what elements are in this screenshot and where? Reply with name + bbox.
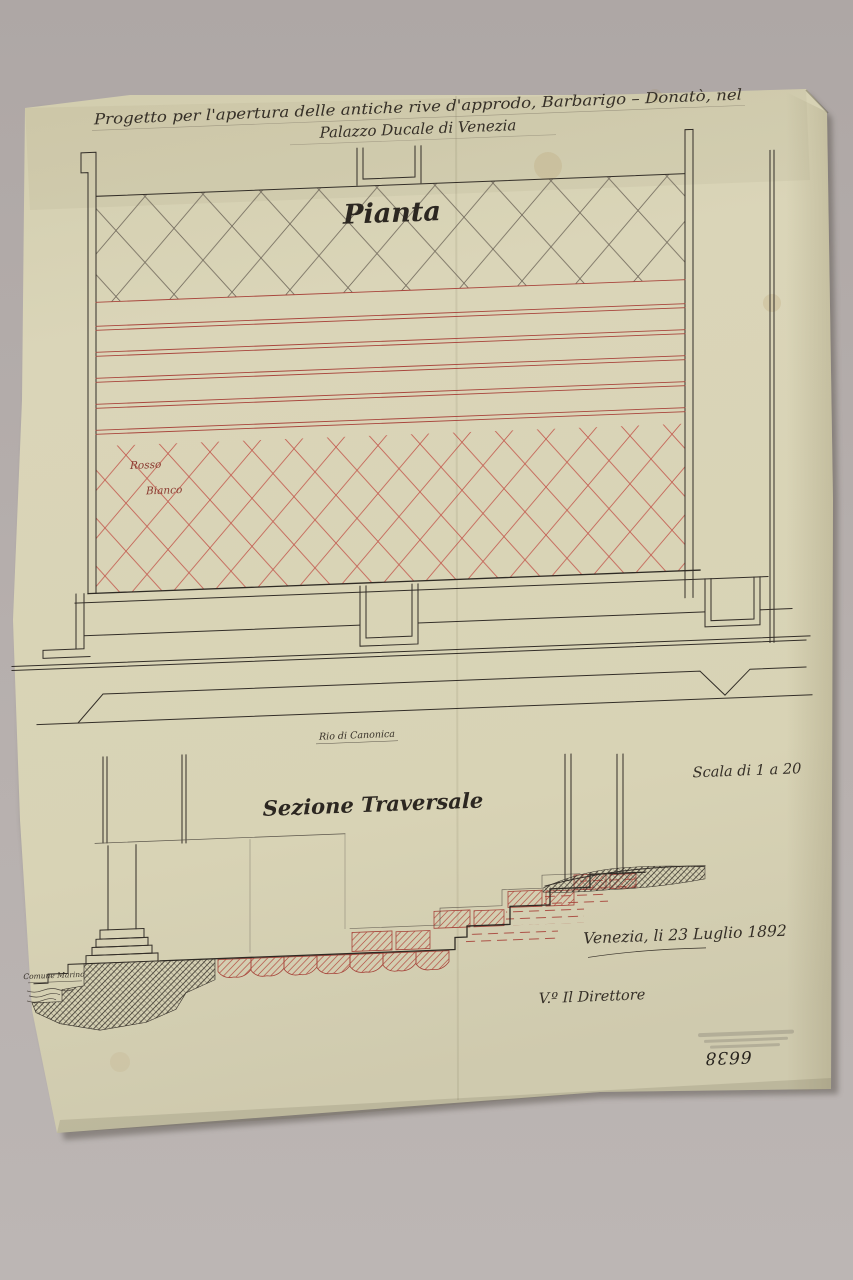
foxing-spot: [110, 1052, 130, 1072]
foxing-spot: [534, 152, 562, 180]
archive-number-stamp: 6638: [704, 1046, 751, 1068]
drawing-canvas: Progetto per l'apertura delle antiche ri…: [0, 0, 853, 1280]
material-note-line2: Bianco: [145, 484, 182, 497]
archival-photograph: Progetto per l'apertura delle antiche ri…: [0, 0, 853, 1280]
plan-title: Pianta: [342, 196, 441, 231]
paper-right-shade: [786, 92, 833, 1092]
plan-red-crosshatch: [96, 424, 685, 594]
material-note-line1: Rosso: [129, 459, 161, 472]
archive-number-group: 6638: [704, 1046, 751, 1068]
foxing-spot: [763, 294, 781, 312]
